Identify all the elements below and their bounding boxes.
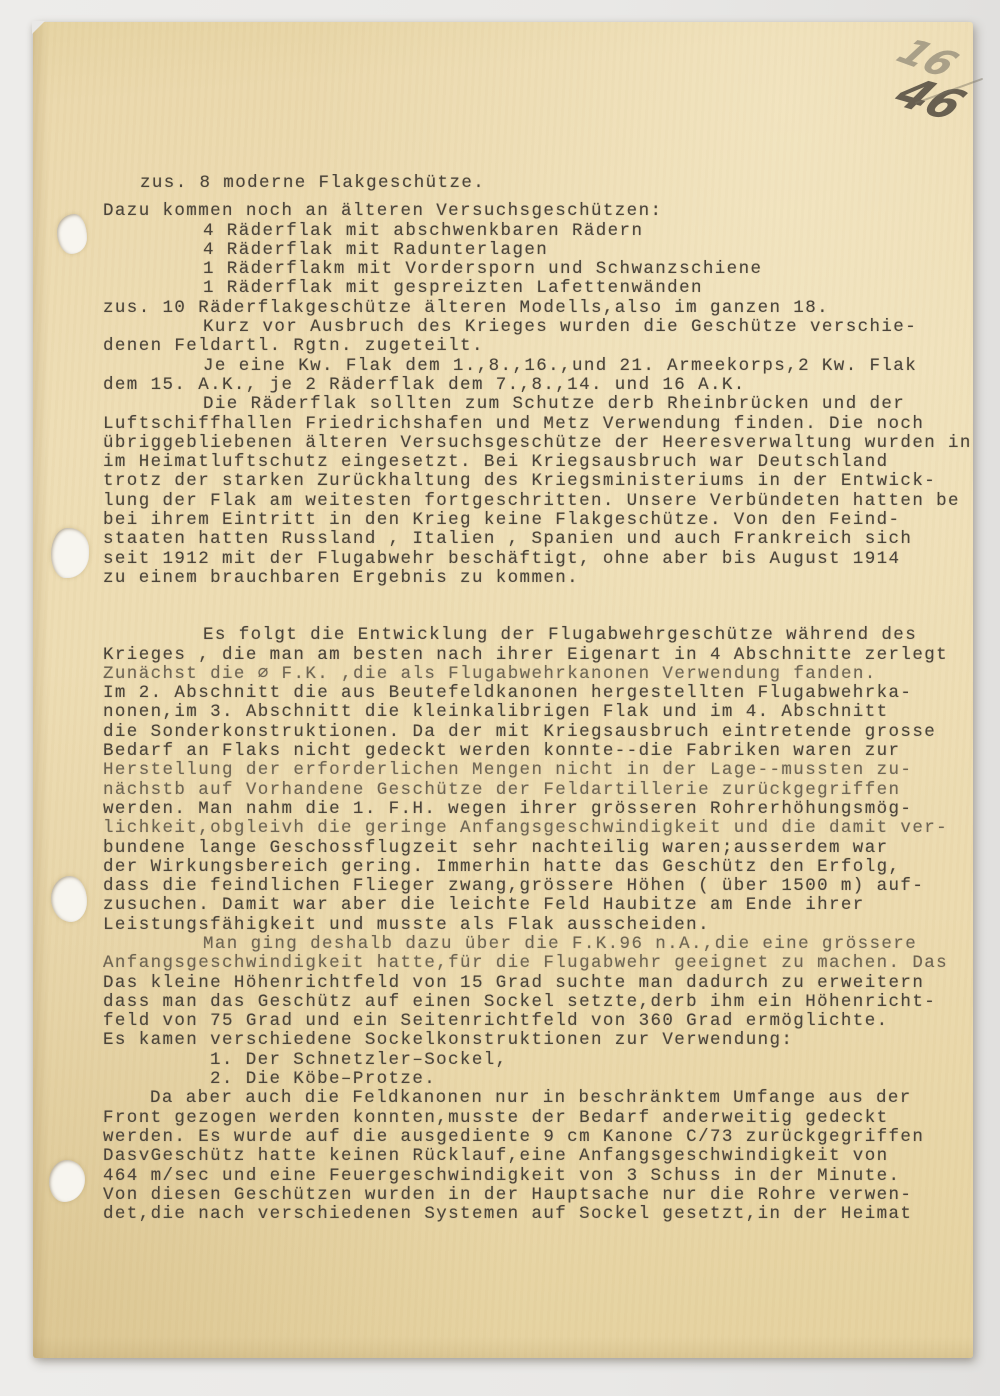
text-line: denen Feldartl. Rgtn. zugeteilt.: [103, 337, 973, 356]
torn-punch-hole-3: [51, 876, 87, 922]
text-line: werden. Man nahm die 1. F.H. wegen ihrer…: [103, 800, 973, 819]
typewritten-text: zus. 8 moderne Flakgeschütze.Dazu kommen…: [103, 174, 973, 1224]
text-line: Dazu kommen noch an älteren Versuchsgesc…: [103, 202, 973, 221]
text-line: Bedarf an Flaks nicht gedeckt werden kon…: [103, 742, 973, 761]
text-line: Zunächst die ∅ F.K. ,die als Flugabwehrk…: [103, 665, 973, 684]
text-line: übriggebliebenen älteren Versuchsgeschüt…: [103, 434, 973, 453]
text-line: im Heimatluftschutz eingesetzt. Bei Krie…: [103, 453, 973, 472]
text-line: dass die feindlichen Flieger zwang,gröss…: [103, 877, 973, 896]
text-line: Das kleine Höhenrichtfeld von 15 Grad su…: [103, 974, 973, 993]
paper-corner-cut: [32, 21, 45, 34]
text-line: der Wirkungsbereich gering. Immerhin hat…: [103, 858, 973, 877]
text-line: 1 Räderflakm mit Vordersporn und Schwanz…: [103, 260, 973, 279]
text-line: Herstellung der erforderlichen Mengen ni…: [103, 761, 973, 780]
text-line: Kurz vor Ausbruch des Krieges wurden die…: [103, 318, 973, 337]
text-line: Es folgt die Entwicklung der Flugabwehrg…: [103, 626, 973, 645]
text-line: dass man das Geschütz auf einen Sockel s…: [103, 993, 973, 1012]
text-line: Da aber auch die Feldkanonen nur in besc…: [103, 1089, 973, 1108]
text-line: Krieges , die man am besten nach ihrer E…: [103, 646, 973, 665]
torn-punch-hole-4: [49, 1160, 85, 1202]
text-line: Im 2. Abschnitt die aus Beutefeldkanonen…: [103, 684, 973, 703]
text-line: Luftschiffhallen Friedrichshafen und Met…: [103, 415, 973, 434]
text-line: zusuchen. Damit war aber die leichte Fel…: [103, 896, 973, 915]
text-line: trotz der starken Zurückhaltung des Krie…: [103, 472, 973, 491]
torn-punch-hole-2: [51, 528, 89, 578]
text-line: bundene lange Geschossflugzeit sehr nach…: [103, 839, 973, 858]
text-line: Man ging deshalb dazu über die F.K.96 n.…: [103, 935, 973, 954]
text-line: 1. Der Schnetzler–Sockel,: [103, 1051, 973, 1070]
text-line: die Sonderkonstruktionen. Da der mit Kri…: [103, 723, 973, 742]
text-line: 4 Räderflak mit Radunterlagen: [103, 241, 973, 260]
text-line: 2. Die Köbe–Protze.: [103, 1070, 973, 1089]
pencil-annotation-bottom: 46: [884, 69, 975, 130]
text-line: nonen,im 3. Abschnitt die kleinkalibrige…: [103, 703, 973, 722]
text-line: Die Räderflak sollten zum Schutze derb R…: [103, 395, 973, 414]
text-line: dem 15. A.K., je 2 Räderflak dem 7.,8.,1…: [103, 376, 973, 395]
text-line: det,die nach verschiedenen Systemen auf …: [103, 1205, 973, 1224]
text-line: 464 m/sec und eine Feuergeschwindigkeit …: [103, 1167, 973, 1186]
text-line: bei ihrem Eintritt in den Krieg keine Fl…: [103, 511, 973, 530]
text-line: Es kamen verschiedene Sockelkonstruktion…: [103, 1031, 973, 1050]
torn-punch-hole-1: [57, 214, 87, 254]
text-line: zu einem brauchbaren Ergebnis zu kommen.: [103, 569, 973, 588]
document-page: 16 46 zus. 8 moderne Flakgeschütze.Dazu …: [33, 22, 973, 1358]
text-line: 1 Räderflak mit gespreizten Lafettenwänd…: [103, 279, 973, 298]
text-line: lichkeit,obgleivh die geringe Anfangsges…: [103, 819, 973, 838]
text-line: Je eine Kw. Flak dem 1.,8.,16.,und 21. A…: [103, 357, 973, 376]
text-line: Anfangsgeschwindigkeit hatte,für die Flu…: [103, 954, 973, 973]
scan-background: 16 46 zus. 8 moderne Flakgeschütze.Dazu …: [0, 0, 1000, 1396]
text-line: zus. 8 moderne Flakgeschütze.: [103, 174, 973, 193]
text-line: staaten hatten Russland , Italien , Span…: [103, 530, 973, 549]
text-line: DasvGeschütz hatte keinen Rücklauf,eine …: [103, 1147, 973, 1166]
text-line: lung der Flak am weitesten fortgeschritt…: [103, 492, 973, 511]
text-line: Von diesen Geschützen wurden in der Haup…: [103, 1186, 973, 1205]
text-line: Leistungsfähigkeit und musste als Flak a…: [103, 916, 973, 935]
text-line: seit 1912 mit der Flugabwehr beschäftigt…: [103, 550, 973, 569]
text-line: nächstb auf Vorhandene Geschütze der Fel…: [103, 781, 973, 800]
text-line: Front gezogen werden konnten,musste der …: [103, 1109, 973, 1128]
text-line: 4 Räderflak mit abschwenkbaren Rädern: [103, 222, 973, 241]
text-line: werden. Es wurde auf die ausgediente 9 c…: [103, 1128, 973, 1147]
text-line: feld von 75 Grad und ein Seitenrichtfeld…: [103, 1012, 973, 1031]
text-line: zus. 10 Räderflakgeschütze älteren Model…: [103, 299, 973, 318]
